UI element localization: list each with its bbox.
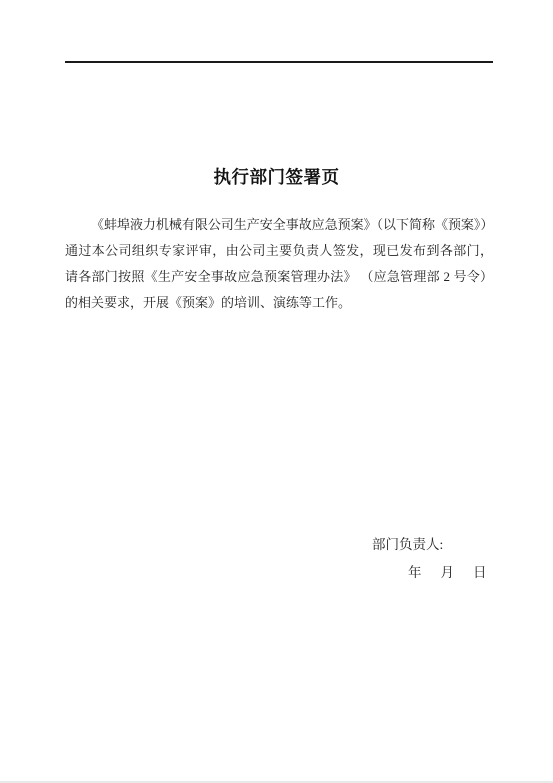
header-rule — [65, 61, 493, 63]
page-title: 执行部门签署页 — [0, 164, 553, 189]
paragraph-line: 通过本公司组织专家评审，由公司主要负责人签发，现已发布到各部门， — [65, 238, 493, 264]
document-page: 执行部门签署页 《蚌埠液力机械有限公司生产安全事故应急预案》（以下简称《预案》）… — [0, 0, 553, 783]
date-line: 年 月 日 — [408, 559, 487, 587]
paragraph-line: 请各部门按照《生产安全事故应急预案管理办法》 （应急管理部 2 号令） — [65, 264, 493, 290]
date-day-label: 日 — [473, 559, 487, 587]
date-year-label: 年 — [408, 559, 422, 587]
body-paragraph: 《蚌埠液力机械有限公司生产安全事故应急预案》（以下简称《预案》） 通过本公司组织… — [65, 212, 493, 316]
date-month-label: 月 — [441, 559, 455, 587]
signature-block: 部门负责人: — [372, 531, 443, 559]
paragraph-line: 《蚌埠液力机械有限公司生产安全事故应急预案》（以下简称《预案》） — [65, 212, 493, 238]
signature-label: 部门负责人: — [372, 537, 443, 552]
paragraph-line: 的相关要求，开展《预案》的培训、演练等工作。 — [65, 290, 493, 316]
